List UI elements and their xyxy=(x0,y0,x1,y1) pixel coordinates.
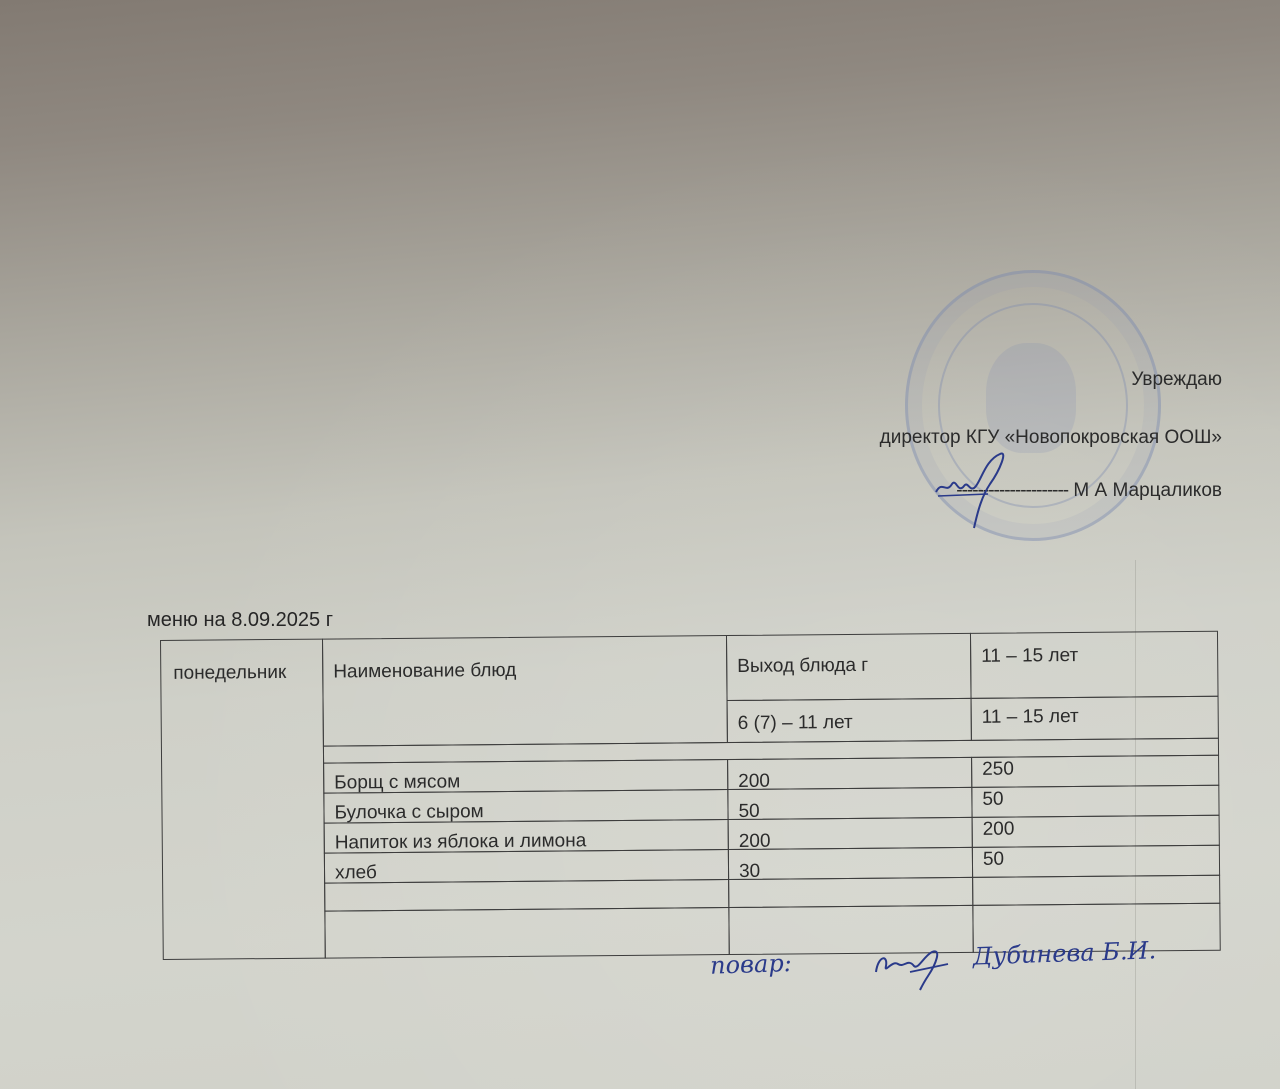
portion-11-15: 200 xyxy=(972,815,1220,848)
dish-name: Напиток из яблока и лимона xyxy=(324,819,729,854)
approval-heading: Увреждаю xyxy=(1131,369,1222,391)
dish-name: хлеб xyxy=(324,849,729,884)
approval-position: директор КГУ «Новопокровская ООШ» xyxy=(880,427,1222,449)
day-cell: понедельник xyxy=(160,639,326,960)
portion-11-15: 250 xyxy=(971,755,1219,788)
dish-name xyxy=(324,907,729,959)
cook-label: повар: xyxy=(710,949,793,980)
signature-dashes-after: ----- xyxy=(1042,480,1069,501)
dish-name-header: Наименование блюд xyxy=(322,635,728,747)
approval-signer-name: М А Марцаликов xyxy=(1073,480,1222,501)
cook-name: Дубинева Б.И. xyxy=(972,936,1156,970)
portion-6-11: 200 xyxy=(727,757,972,790)
age-group-1-header: 6 (7) – 11 лет xyxy=(727,698,972,743)
dish-name: Булочка с сыром xyxy=(323,789,728,824)
menu-table: понедельник Наименование блюд Выход блюд… xyxy=(160,631,1221,960)
portion-11-15: 50 xyxy=(972,845,1220,878)
portion-11-15: 50 xyxy=(971,785,1219,818)
director-signature-icon xyxy=(928,450,1008,530)
age-header-top: 11 – 15 лет xyxy=(970,631,1219,699)
age-group-2-header: 11 – 15 лет xyxy=(971,696,1219,741)
dish-name: Борщ с мясом xyxy=(323,759,728,794)
cook-signature-icon xyxy=(870,942,960,992)
portion-11-15 xyxy=(972,875,1220,906)
portion-6-11 xyxy=(728,877,973,908)
portion-6-11: 30 xyxy=(728,847,973,880)
portion-6-11: 50 xyxy=(727,787,972,820)
menu-title: меню на 8.09.2025 г xyxy=(147,609,333,632)
portion-6-11: 200 xyxy=(728,817,973,850)
output-header: Выход блюда г xyxy=(726,633,972,701)
